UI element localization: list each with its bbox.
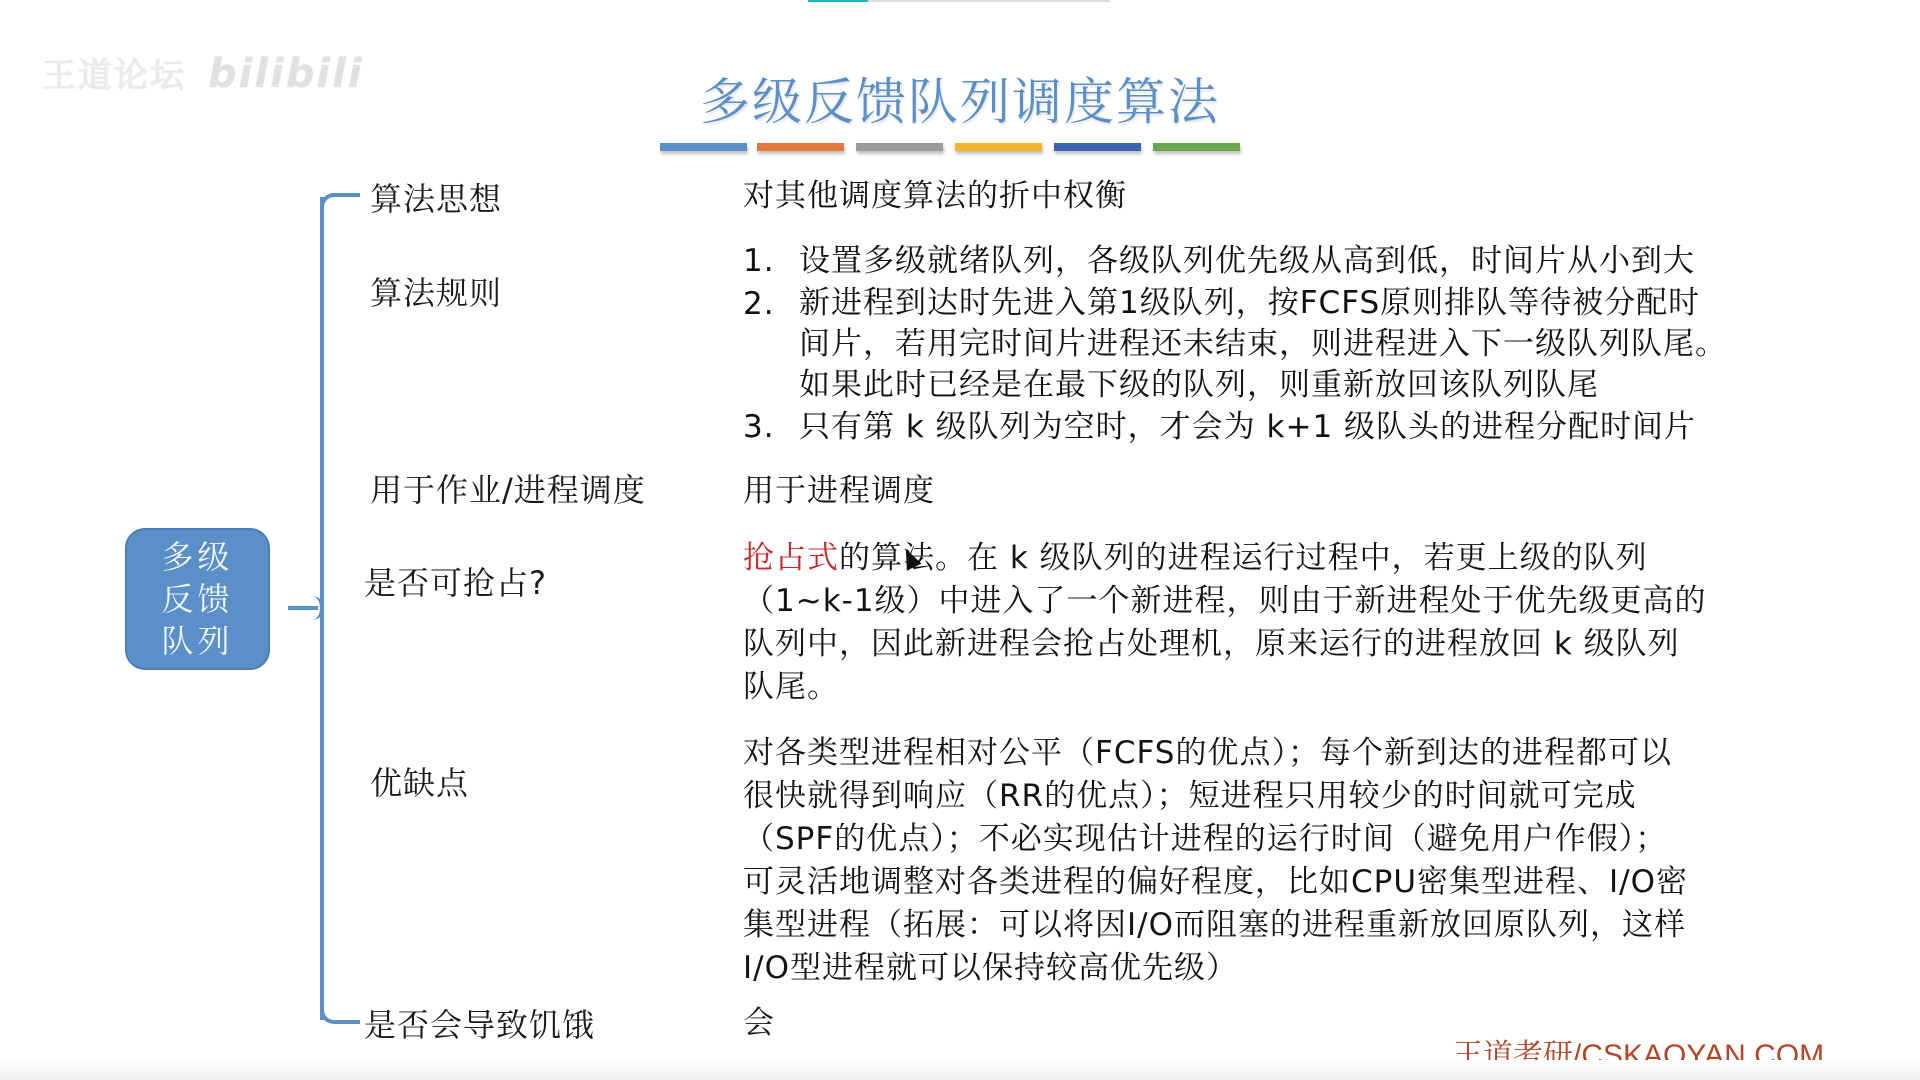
rule-text: 设置多级就绪队列，各级队列优先级从高到低，时间片从小到大 — [799, 240, 1695, 283]
label-job-process-scheduling: 用于作业/进程调度 — [370, 465, 646, 511]
rule-number: 3. — [743, 406, 799, 449]
preemptive-line-1: 抢占式的算法。在 k 级队列的进程运行过程中，若更上级的队列 — [743, 537, 1707, 580]
brace-top-curve — [320, 193, 360, 207]
color-bar-2 — [757, 143, 844, 151]
content-algorithm-idea: 对其他调度算法的折中权衡 — [743, 175, 1127, 218]
rule-number: 1. — [743, 240, 799, 283]
content-job-process-scheduling: 用于进程调度 — [743, 470, 935, 513]
label-algorithm-idea: 算法思想 — [370, 174, 502, 220]
preemptive-line-1-rest: 的算法。在 k 级队列的进程运行过程中，若更上级的队列 — [839, 540, 1648, 576]
pros-cons-line-4: 可灵活地调整对各类进程的偏好程度，比如CPU密集型进程、I/O密 — [743, 861, 1688, 904]
preemptive-highlight: 抢占式 — [743, 540, 839, 576]
video-progress-bar[interactable] — [808, 0, 1110, 2]
content-preemptive: 抢占式的算法。在 k 级队列的进程运行过程中，若更上级的队列 （1~k-1级）中… — [743, 537, 1707, 709]
preemptive-line-2: （1~k-1级）中进入了一个新进程，则由于新进程处于优先级更高的 — [743, 580, 1707, 623]
rule-item-3: 3. 只有第 k 级队列为空时，才会为 k+1 级队头的进程分配时间片 — [743, 406, 1727, 449]
color-bar-5 — [1054, 143, 1141, 151]
root-node-line-3: 队列 — [161, 620, 233, 662]
label-starvation: 是否会导致饥饿 — [364, 1000, 595, 1046]
brace-bottom-curve — [320, 1006, 360, 1024]
rule-text: 只有第 k 级队列为空时，才会为 k+1 级队头的进程分配时间片 — [799, 406, 1696, 449]
label-preemptive: 是否可抢占? — [364, 558, 547, 604]
rule-number: 2. — [743, 283, 799, 406]
pros-cons-line-6: I/O型进程就可以保持较高优先级） — [743, 947, 1688, 990]
title-color-bars — [660, 143, 1240, 151]
preemptive-line-4: 队尾。 — [743, 666, 1707, 709]
label-algorithm-rules: 算法规则 — [370, 268, 502, 314]
pros-cons-line-2: 很快就得到响应（RR的优点）；短进程只用较少的时间就可完成 — [743, 775, 1688, 818]
pros-cons-line-5: 集型进程（拓展：可以将因I/O而阻塞的进程重新放回原队列，这样 — [743, 904, 1688, 947]
label-pros-cons: 优缺点 — [370, 758, 469, 804]
color-bar-6 — [1153, 143, 1240, 151]
pros-cons-line-1: 对各类型进程相对公平（FCFS的优点）；每个新到达的进程都可以 — [743, 732, 1688, 775]
rules-list: 1. 设置多级就绪队列，各级队列优先级从高到低，时间片从小到大 2. 新进程到达… — [743, 240, 1727, 449]
color-bar-3 — [856, 143, 943, 151]
color-bar-1 — [660, 143, 747, 151]
slide-title: 多级反馈队列调度算法 — [0, 62, 1920, 134]
rule-item-2: 2. 新进程到达时先进入第1级队列，按FCFS原则排队等待被分配时 间片，若用完… — [743, 283, 1727, 406]
rule-text: 新进程到达时先进入第1级队列，按FCFS原则排队等待被分配时 间片，若用完时间片… — [799, 283, 1727, 406]
content-pros-cons: 对各类型进程相对公平（FCFS的优点）；每个新到达的进程都可以 很快就得到响应（… — [743, 732, 1688, 990]
pros-cons-line-3: （SPF的优点）；不必实现估计进程的运行时间（避免用户作假）； — [743, 818, 1688, 861]
content-starvation: 会 — [743, 1002, 775, 1045]
preemptive-line-3: 队列中，因此新进程会抢占处理机，原来运行的进程放回 k 级队列 — [743, 623, 1707, 666]
bottom-gradient — [0, 1060, 1920, 1080]
root-node-box: 多级 反馈 队列 — [125, 528, 270, 670]
color-bar-4 — [955, 143, 1042, 151]
root-node-line-2: 反馈 — [161, 578, 233, 620]
video-progress-fill — [808, 0, 868, 2]
root-node-line-1: 多级 — [161, 536, 233, 578]
rule-item-1: 1. 设置多级就绪队列，各级队列优先级从高到低，时间片从小到大 — [743, 240, 1727, 283]
